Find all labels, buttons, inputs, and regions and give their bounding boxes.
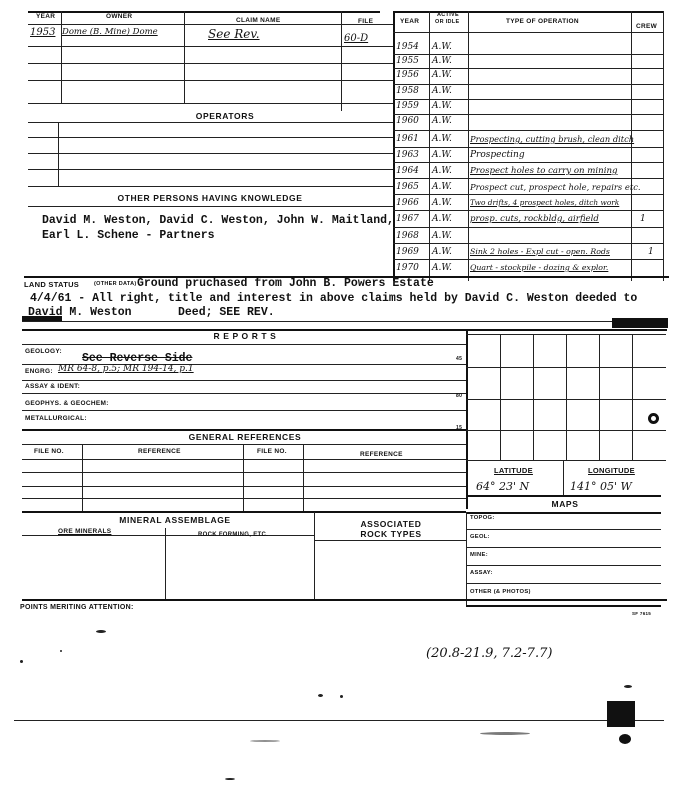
tick-label: 80: [456, 393, 462, 399]
activity-year: 1960: [396, 116, 419, 126]
form-number: SF 7615: [632, 611, 651, 616]
other-persons-line1: David M. Weston, David C. Weston, John W…: [42, 214, 394, 227]
maps-other-label: OTHER (& PHOTOS): [470, 589, 531, 595]
activity-crew: 1: [648, 247, 654, 257]
land-status-line3b: Deed; SEE REV.: [178, 306, 275, 319]
activity-status: A.W.: [432, 198, 452, 208]
claim-owner: Dome (B. Mine) Dome: [62, 27, 158, 37]
activity-status: A.W.: [432, 70, 452, 80]
activity-status: A.W.: [432, 150, 452, 160]
latitude-label: LATITUDE: [494, 466, 533, 475]
redacted-block: [612, 318, 668, 328]
redacted-block: [607, 701, 635, 727]
claim-name-header: CLAIM NAME: [236, 17, 281, 24]
longitude-label: LONGITUDE: [588, 466, 635, 475]
general-references-title: GENERAL REFERENCES: [170, 432, 320, 442]
assay-label: ASSAY & IDENT:: [25, 383, 80, 390]
activity-year: 1968: [396, 231, 419, 241]
type-of-operation-header: TYPE OF OPERATION: [506, 18, 579, 25]
geology-label: GEOLOGY:: [25, 348, 62, 355]
activity-year: 1965: [396, 182, 419, 192]
land-status-line1: Ground pruchased from John B. Powers Est…: [137, 277, 434, 290]
other-persons-title: OTHER PERSONS HAVING KNOWLEDGE: [90, 193, 330, 203]
metallurgical-label: METALLURGICAL:: [25, 415, 87, 422]
activity-year: 1958: [396, 86, 419, 96]
active-header: ACTIVE: [437, 12, 459, 18]
activity-operation: Sink 2 holes - Expl cut - open. Rods: [470, 247, 610, 256]
rock-types-header: ROCK TYPES: [346, 529, 436, 539]
ore-minerals-header: ORE MINERALS: [58, 528, 111, 535]
activity-year-header: YEAR: [400, 18, 419, 25]
activity-year: 1961: [396, 134, 419, 144]
activity-crew: 1: [640, 214, 646, 224]
activity-operation: Prospect holes to carry on mining: [470, 166, 618, 176]
activity-year: 1954: [396, 42, 419, 52]
tick-label: 45: [456, 356, 462, 362]
maps-geol-label: GEOL:: [470, 534, 490, 540]
activity-year: 1970: [396, 263, 419, 273]
activity-operation: prosp. cuts, rockbldg, airfield: [470, 214, 599, 224]
ref-reference-header-2: REFERENCE: [360, 451, 403, 458]
engrg-value: MR 64-8, p.5; MR 194-14, p.1: [58, 364, 194, 374]
maps-mine-label: MINE:: [470, 552, 488, 558]
activity-status: A.W.: [432, 182, 452, 192]
idle-header: OR IDLE: [435, 19, 459, 25]
land-status-line2: 4/4/61 - All right, title and interest i…: [30, 292, 637, 305]
activity-status: A.W.: [432, 134, 452, 144]
points-label: POINTS MERITING ATTENTION:: [20, 604, 134, 611]
points-note: (20.8-21.9, 7.2-7.7): [426, 646, 552, 661]
other-persons-line2: Earl L. Schene - Partners: [42, 229, 215, 242]
ref-file-no-header-1: FILE NO.: [34, 448, 64, 455]
ref-file-no-header-2: FILE NO.: [257, 448, 287, 455]
latitude-value: 64° 23' N: [476, 480, 529, 493]
owner-header: OWNER: [106, 13, 132, 20]
claim-year: 1953: [30, 27, 55, 38]
activity-status: A.W.: [432, 214, 452, 224]
activity-status: A.W.: [432, 101, 452, 111]
activity-operation: Two drifts, 4 prospect holes, ditch work: [470, 198, 619, 207]
rock-forming-header: ROCK FORMING, ETC.: [198, 532, 268, 538]
activity-year: 1963: [396, 150, 419, 160]
reports-title: R E P O R T S: [180, 331, 310, 341]
land-status-label: LAND STATUS: [24, 280, 79, 289]
crew-header: CREW: [636, 23, 657, 30]
land-status-sublabel: (OTHER DATA): [94, 281, 137, 287]
ref-reference-header-1: REFERENCE: [138, 448, 181, 455]
maps-assay-label: ASSAY:: [470, 570, 493, 576]
mineral-assemblage-title: MINERAL ASSEMBLAGE: [100, 515, 250, 525]
activity-status: A.W.: [432, 56, 452, 66]
activity-status: A.W.: [432, 263, 452, 273]
associated-header: ASSOCIATED: [346, 519, 436, 529]
geophys-label: GEOPHYS. & GEOCHEM:: [25, 400, 109, 407]
activity-year: 1956: [396, 70, 419, 80]
activity-status: A.W.: [432, 166, 452, 176]
activity-operation: Quart - stockpile - dozing & explor.: [470, 263, 608, 272]
activity-status: A.W.: [432, 116, 452, 126]
activity-status: A.W.: [432, 42, 452, 52]
activity-year: 1964: [396, 166, 419, 176]
longitude-value: 141° 05' W: [570, 480, 632, 493]
activity-status: A.W.: [432, 86, 452, 96]
claim-name: See Rev.: [208, 27, 260, 41]
claim-file: 60-D: [344, 33, 368, 44]
activity-operation: Prospecting: [470, 150, 525, 160]
maps-topog-label: TOPOG:: [470, 515, 495, 521]
activity-year: 1966: [396, 198, 419, 208]
activity-year: 1959: [396, 101, 419, 111]
year-header: YEAR: [36, 13, 55, 20]
activity-year: 1955: [396, 56, 419, 66]
circle-mark-icon: [648, 413, 659, 424]
activity-status: A.W.: [432, 247, 452, 257]
engrg-label: ENGRG:: [25, 368, 53, 375]
operators-title: OPERATORS: [170, 111, 280, 121]
activity-operation: Prospecting, cutting brush, clean ditch: [470, 134, 634, 144]
maps-title: MAPS: [520, 499, 610, 509]
activity-operation: Prospect cut, prospect hole, repairs etc…: [470, 182, 641, 192]
activity-year: 1967: [396, 214, 419, 224]
activity-year: 1969: [396, 247, 419, 257]
activity-status: A.W.: [432, 231, 452, 241]
